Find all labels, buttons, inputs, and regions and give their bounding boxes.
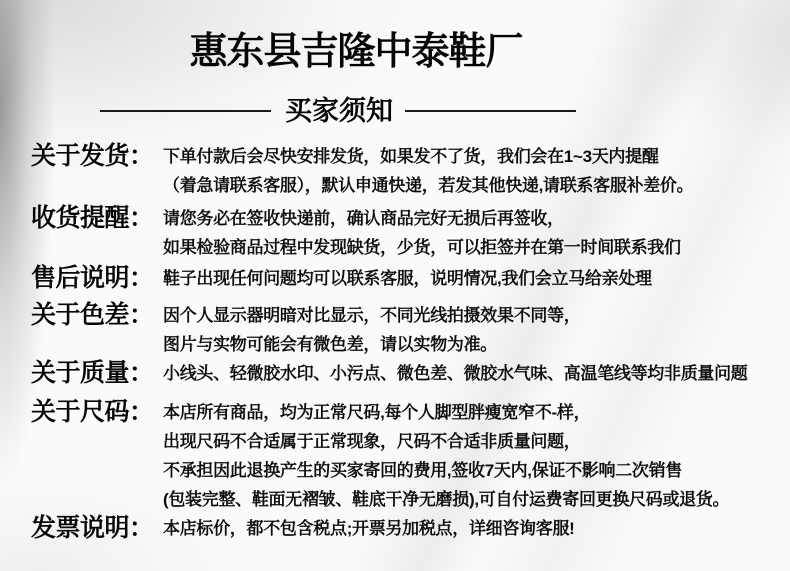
- section-label: 关于质量：: [31, 359, 163, 388]
- section-label: 关于尺码：: [31, 398, 163, 427]
- section-label: 售后说明：: [31, 264, 163, 293]
- section-label: 关于发货：: [31, 142, 163, 171]
- section-body: 因个人显示器明暗对比显示，不同光线拍摄效果不同等， 图片与实物可能会有微色差，请…: [163, 301, 786, 359]
- section-line: 请您务必在签收快递前，确认商品完好无损后再签收，: [163, 204, 786, 233]
- section-after-sales: 售后说明： 鞋子出现任何问题均可以联系客服，说明情况,我们会立马给亲处理: [31, 264, 786, 293]
- section-quality: 关于质量： 小线头、轻微胶水印、小污点、微色差、微胶水气味、高温笔线等均非质量问…: [31, 359, 786, 388]
- section-invoice: 发票说明： 本店标价，都不包含税点;开票另加税点，详细咨询客服!: [31, 514, 786, 543]
- section-body: 鞋子出现任何问题均可以联系客服，说明情况,我们会立马给亲处理: [163, 264, 786, 293]
- factory-title: 惠东县吉隆中泰鞋厂: [0, 28, 712, 76]
- section-label: 收货提醒：: [31, 204, 163, 233]
- section-label: 发票说明：: [31, 514, 163, 543]
- section-line: 出现尺码不合适属于正常现象，尺码不合适非质量问题，: [163, 427, 786, 456]
- section-line: 小线头、轻微胶水印、小污点、微色差、微胶水气味、高温笔线等均非质量问题: [163, 359, 786, 388]
- section-sizing: 关于尺码： 本店所有商品，均为正常尺码,每个人脚型胖瘦宽窄不-样， 出现尺码不合…: [31, 398, 786, 514]
- section-label: 关于色差：: [31, 301, 163, 330]
- section-body: 请您务必在签收快递前，确认商品完好无损后再签收， 如果检验商品过程中发现缺货，少…: [163, 204, 786, 262]
- section-delivery-check: 收货提醒： 请您务必在签收快递前，确认商品完好无损后再签收， 如果检验商品过程中…: [31, 204, 786, 262]
- section-body: 小线头、轻微胶水印、小污点、微色差、微胶水气味、高温笔线等均非质量问题: [163, 359, 786, 388]
- section-line: 本店所有商品，均为正常尺码,每个人脚型胖瘦宽窄不-样，: [163, 398, 786, 427]
- section-color-difference: 关于色差： 因个人显示器明暗对比显示，不同光线拍摄效果不同等， 图片与实物可能会…: [31, 301, 786, 359]
- section-line: 下单付款后会尽快安排发货，如果发不了货，我们会在1~3天内提醒: [163, 142, 786, 171]
- section-body: 本店所有商品，均为正常尺码,每个人脚型胖瘦宽窄不-样， 出现尺码不合适属于正常现…: [163, 398, 786, 514]
- heading-divider-right: [405, 110, 576, 112]
- heading-divider-left: [100, 110, 271, 112]
- section-line: 不承担因此退换产生的买家寄回的费用,签收7天内,保证不影响二次销售: [163, 456, 786, 485]
- section-body: 本店标价，都不包含税点;开票另加税点，详细咨询客服!: [163, 514, 786, 543]
- section-line: （着急请联系客服），默认申通快递，若发其他快递,请联系客服补差价。: [163, 171, 786, 200]
- notice-heading-text: 买家须知: [285, 95, 393, 127]
- notice-sections: 关于发货： 下单付款后会尽快安排发货，如果发不了货，我们会在1~3天内提醒 （着…: [31, 142, 786, 543]
- section-line: 本店标价，都不包含税点;开票另加税点，详细咨询客服!: [163, 514, 786, 543]
- section-line: (包装完整、鞋面无褶皱、鞋底干净无磨损),可自付运费寄回更换尺码或退货。: [163, 485, 786, 514]
- section-line: 图片与实物可能会有微色差，请以实物为准。: [163, 330, 786, 359]
- section-line: 如果检验商品过程中发现缺货，少货，可以拒签并在第一时间联系我们: [163, 233, 786, 262]
- notice-heading: 买家须知: [100, 95, 576, 127]
- section-shipping: 关于发货： 下单付款后会尽快安排发货，如果发不了货，我们会在1~3天内提醒 （着…: [31, 142, 786, 200]
- section-line: 因个人显示器明暗对比显示，不同光线拍摄效果不同等，: [163, 301, 786, 330]
- section-body: 下单付款后会尽快安排发货，如果发不了货，我们会在1~3天内提醒 （着急请联系客服…: [163, 142, 786, 200]
- buyer-notice-page: 惠东县吉隆中泰鞋厂 买家须知 关于发货： 下单付款后会尽快安排发货，如果发不了货…: [0, 0, 790, 571]
- section-line: 鞋子出现任何问题均可以联系客服，说明情况,我们会立马给亲处理: [163, 264, 786, 293]
